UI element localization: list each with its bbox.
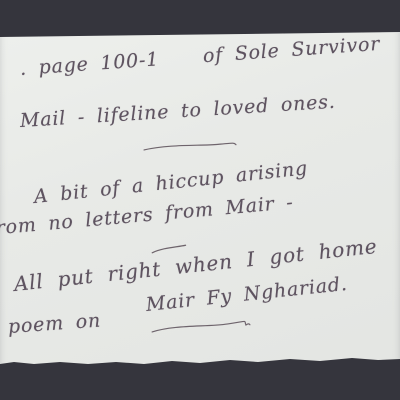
handwriting-segment: of Sole Survivor: [202, 33, 381, 67]
pen-squiggle-underline: [150, 317, 253, 336]
pen-dash-flourish: [142, 139, 238, 154]
handwriting-segment: . page 100-1: [19, 48, 160, 80]
note-paper: . page 100-1 of Sole Survivor Mail - lif…: [0, 0, 400, 400]
photo-background: . page 100-1 of Sole Survivor Mail - lif…: [0, 0, 400, 400]
handwriting-line-2: Mail - lifeline to loved ones.: [19, 91, 336, 132]
handwriting-line-6-left: poem on: [7, 310, 101, 338]
handwriting-line-1: . page 100-1 of Sole Survivor: [19, 33, 381, 80]
handwriting-line-6-right: Mair Fy Nghariad.: [145, 273, 349, 316]
